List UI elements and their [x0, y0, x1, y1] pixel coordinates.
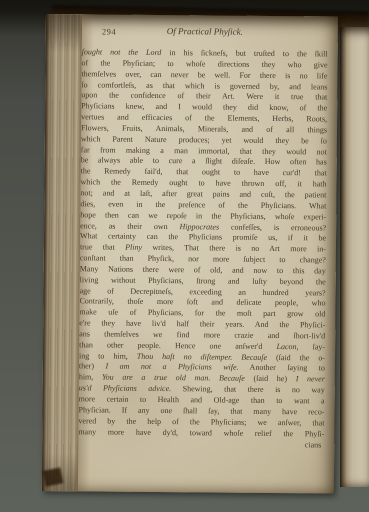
- book-page: 294 Of Practical Phyſick. ſought not the…: [42, 14, 338, 494]
- text-body: ſought not the Lord in his ſickneſs, but…: [78, 47, 327, 440]
- catchword: cians: [78, 438, 324, 451]
- facing-page-sliver: [340, 27, 369, 487]
- running-title: Of Practical Phyſick.: [82, 25, 328, 38]
- text-column: 294 Of Practical Phyſick. ſought not the…: [78, 25, 328, 451]
- running-header: 294 Of Practical Phyſick.: [82, 25, 328, 40]
- photographed-book-scan: 294 Of Practical Phyſick. ſought not the…: [0, 0, 369, 512]
